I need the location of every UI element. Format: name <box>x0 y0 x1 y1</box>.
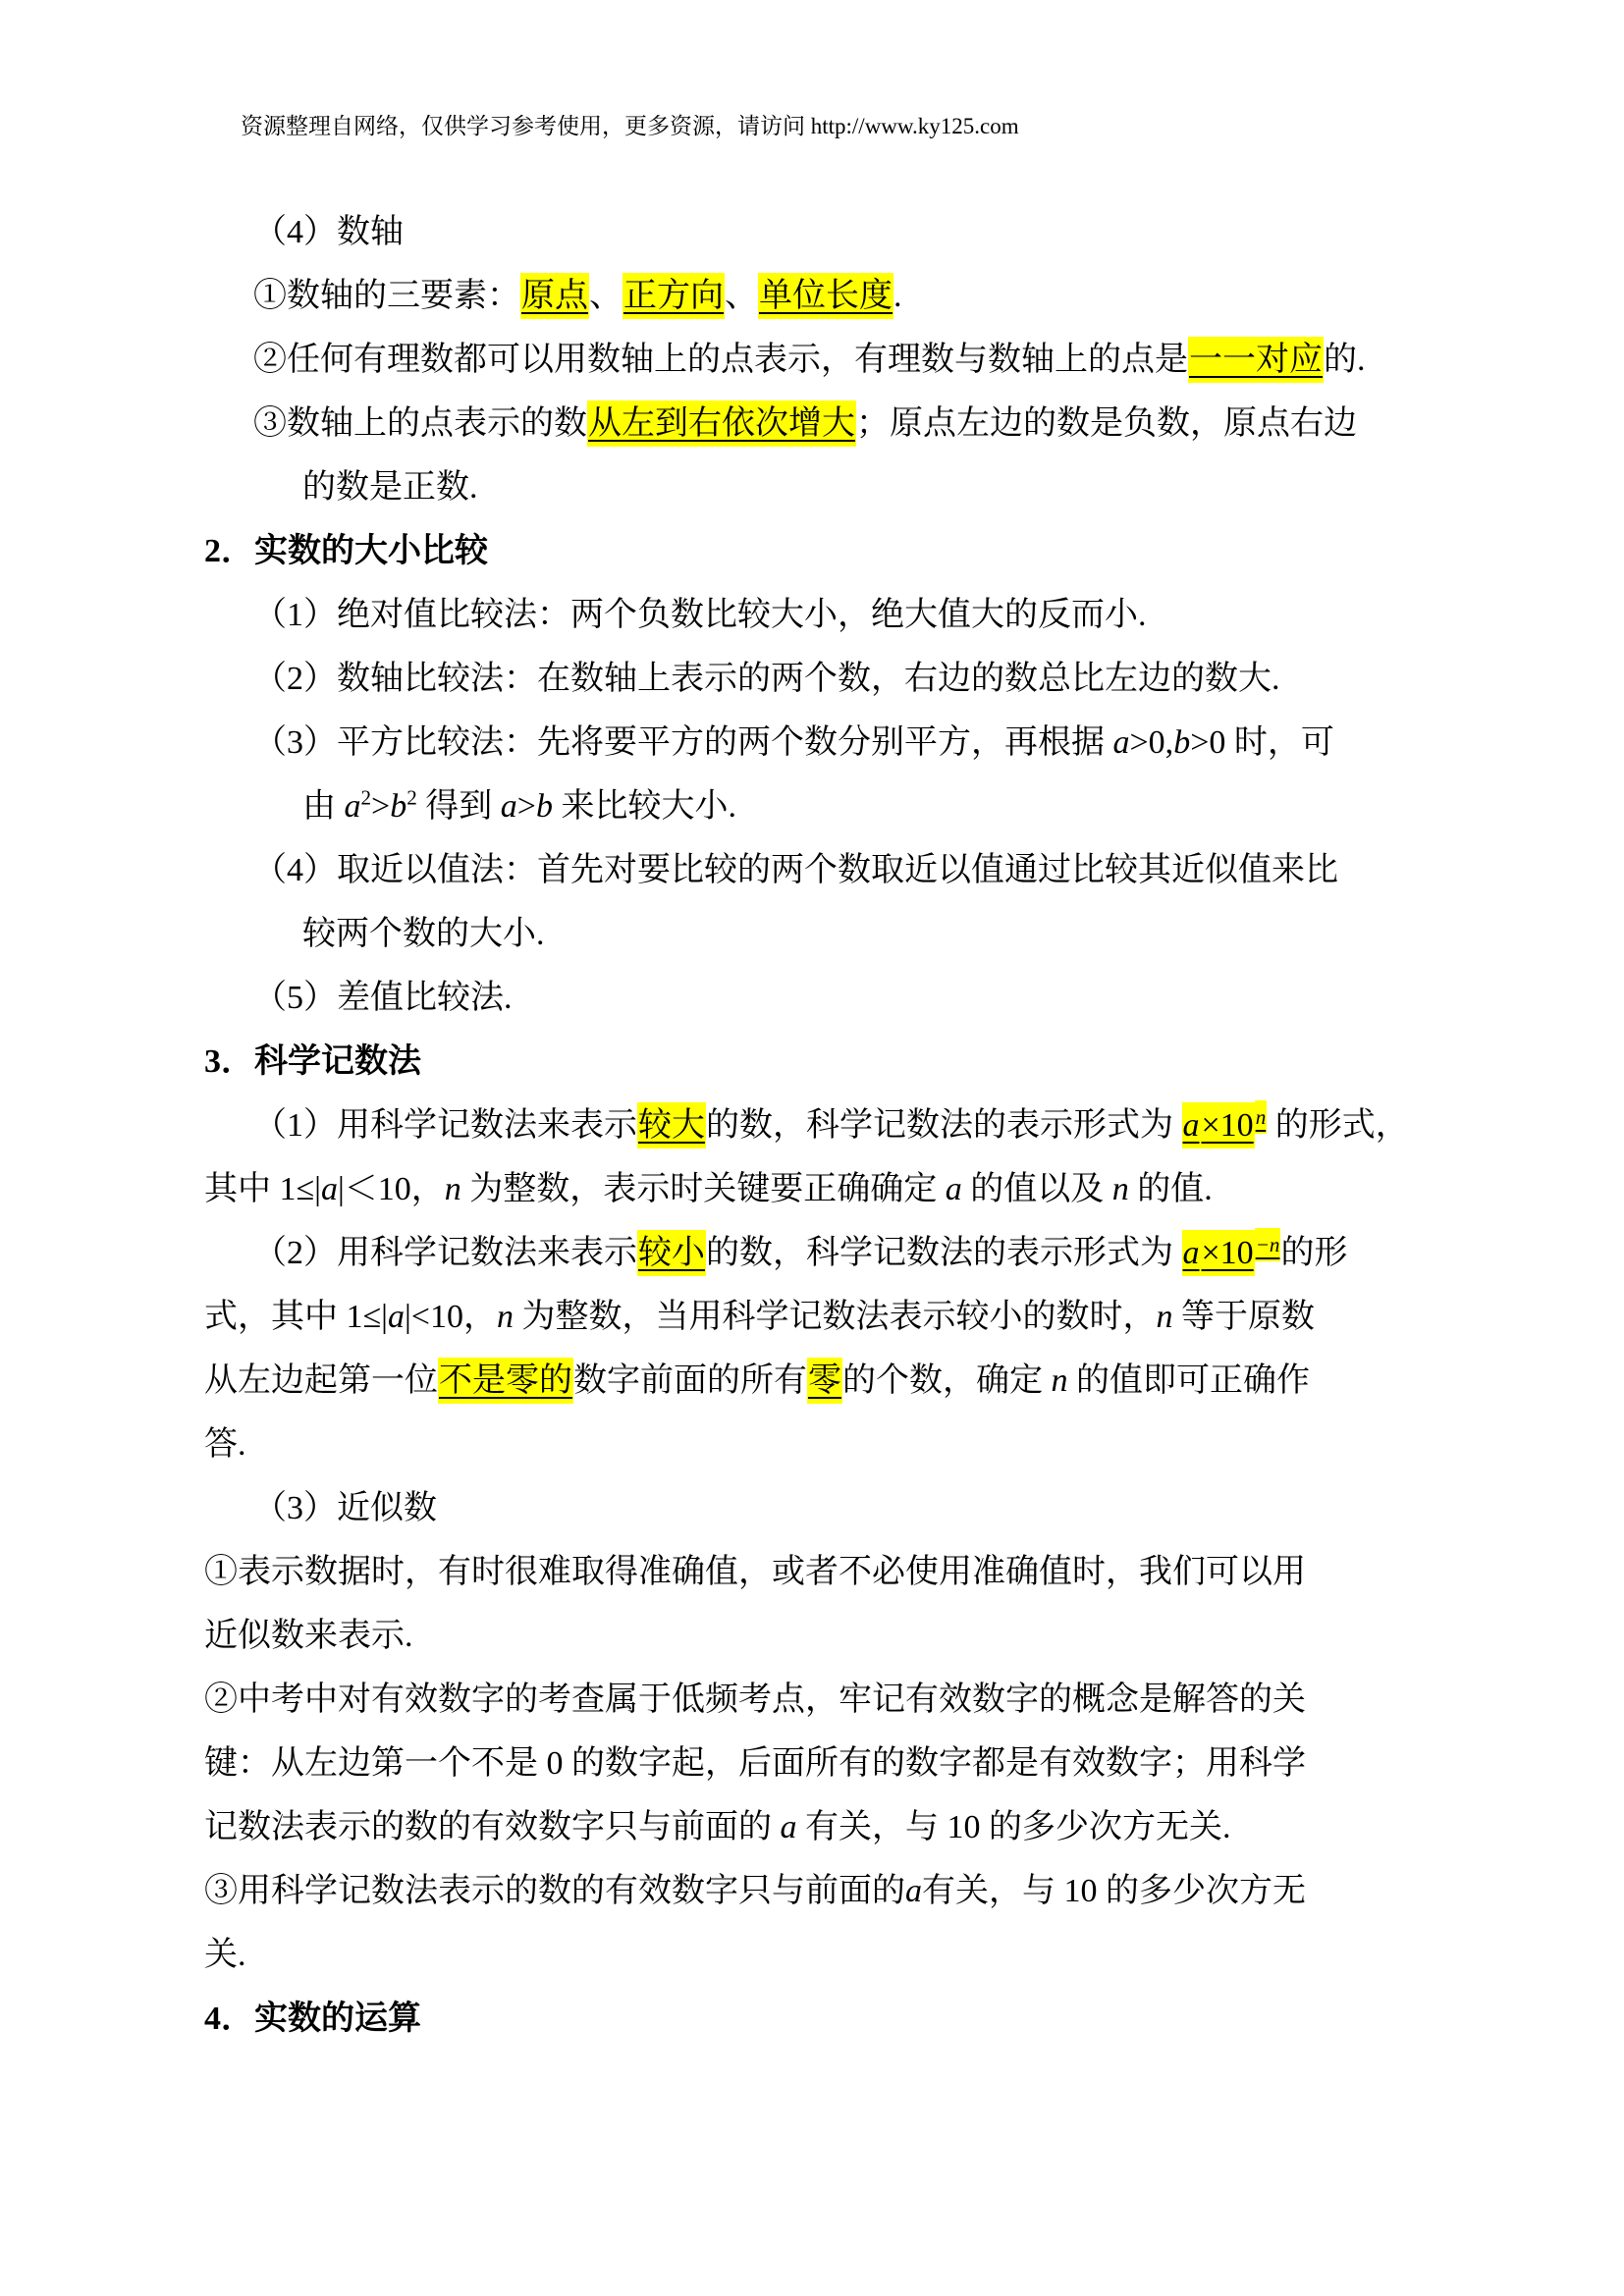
text-line: （5）差值比较法. <box>253 966 1481 1030</box>
text-run: >0, <box>1130 724 1174 761</box>
highlighted-text: a <box>1182 1230 1201 1276</box>
text-run: （1）绝对值比较法：两个负数比较大小，绝大值大的反而小. <box>253 597 1147 633</box>
text-run: 来比较大小. <box>553 788 736 825</box>
text-run: 由 <box>302 788 345 825</box>
page-header: 资源整理自网络，仅供学习参考使用，更多资源，请访问 http://www.ky1… <box>241 110 1019 143</box>
text-run: a <box>1113 724 1130 761</box>
text-line: 式，其中 1≤|a|<10，n 为整数，当用科学记数法表示较小的数时，n 等于原… <box>204 1285 1481 1349</box>
text-run: 关. <box>204 1937 246 1973</box>
text-run: 从左边起第一位 <box>204 1362 438 1399</box>
text-run: 的形式， <box>1267 1107 1409 1144</box>
text-line: （2）数轴比较法：在数轴上表示的两个数，右边的数总比左边的数大. <box>253 647 1481 711</box>
text-run: 其中 1≤| <box>204 1171 321 1207</box>
highlighted-text: a <box>1182 1102 1201 1148</box>
text-run: b <box>536 788 553 825</box>
text-line: ③数轴上的点表示的数从左到右依次增大；原点左边的数是负数，原点右边 <box>253 392 1481 455</box>
text-line: 答. <box>204 1413 1481 1476</box>
highlighted-text: 一一对应 <box>1188 337 1324 383</box>
text-run: （2）用科学记数法来表示 <box>253 1235 637 1271</box>
text-line: ②中考中对有效数字的考查属于低频考点，牢记有效数字的概念是解答的关 <box>204 1668 1481 1732</box>
text-run: b <box>390 788 406 825</box>
text-run: 有关，与 10 的多少次方无关. <box>797 1809 1231 1845</box>
text-run: 的. <box>1324 342 1366 378</box>
text-run: 、 <box>725 278 758 314</box>
text-run: 的个数，确定 <box>842 1362 1052 1399</box>
text-line: ①数轴的三要素：原点、正方向、单位长度. <box>253 264 1481 328</box>
text-run: a <box>946 1171 962 1207</box>
text-line: 从左边起第一位不是零的数字前面的所有零的个数，确定 n 的值即可正确作 <box>204 1349 1481 1413</box>
text-run: a <box>345 788 361 825</box>
text-run: a <box>905 1873 922 1909</box>
text-run: n <box>445 1171 461 1207</box>
text-run: |<10， <box>405 1299 497 1335</box>
text-run: 式，其中 1≤| <box>204 1299 388 1335</box>
text-run: 答. <box>204 1426 246 1463</box>
text-run: 得到 <box>417 788 501 825</box>
text-run: 的数，科学记数法的表示形式为 <box>706 1107 1182 1144</box>
text-line: 近似数来表示. <box>204 1604 1481 1668</box>
text-run: （5）差值比较法. <box>253 980 513 1016</box>
highlighted-text: 单位长度 <box>758 273 893 319</box>
text-run: >0 时，可 <box>1190 724 1334 761</box>
text-run: 的值以及 <box>962 1171 1112 1207</box>
text-line: 关. <box>204 1923 1481 1987</box>
text-run: n <box>1156 1299 1172 1335</box>
text-run: 键：从左边第一个不是 0 的数字起，后面所有的数字都是有效数字；用科学 <box>204 1745 1306 1782</box>
highlighted-text: 正方向 <box>623 273 725 319</box>
text-run: 3．科学记数法 <box>204 1043 421 1080</box>
text-run: （1）用科学记数法来表示 <box>253 1107 637 1144</box>
text-run: 的值即可正确作 <box>1068 1362 1311 1399</box>
text-run: ①数轴的三要素： <box>253 278 520 314</box>
text-run: 、 <box>589 278 623 314</box>
text-run: （4）数轴 <box>253 214 404 250</box>
text-run: 为整数，当用科学记数法表示较小的数时， <box>514 1299 1157 1335</box>
text-run: 为整数，表示时关键要正确确定 <box>461 1171 946 1207</box>
text-line: （4）取近以值法：首先对要比较的两个数取近以值通过比较其近似值来比 <box>253 838 1481 902</box>
text-run: ②中考中对有效数字的考查属于低频考点，牢记有效数字的概念是解答的关 <box>204 1682 1306 1718</box>
text-run: ③用科学记数法表示的数的有效数字只与前面的 <box>204 1873 905 1909</box>
document-page: 资源整理自网络，仅供学习参考使用，更多资源，请访问 http://www.ky1… <box>0 0 1624 2296</box>
text-run: （3）近似数 <box>253 1490 437 1526</box>
text-run: a <box>501 788 517 825</box>
text-run: 的数是正数. <box>302 469 478 506</box>
text-line: 由 a2>b2 得到 a>b 来比较大小. <box>302 774 1481 838</box>
text-run: > <box>517 788 536 825</box>
text-run: ；原点左边的数是负数，原点右边 <box>856 405 1357 442</box>
text-run: 2．实数的大小比较 <box>204 533 488 569</box>
text-run: 2 <box>361 786 372 810</box>
text-line: 记数法表示的数的有效数字只与前面的 a 有关，与 10 的多少次方无关. <box>204 1795 1481 1859</box>
section-heading: 2．实数的大小比较 <box>204 519 1481 583</box>
highlighted-text: 较小 <box>637 1230 706 1276</box>
highlighted-text: 较大 <box>637 1102 706 1148</box>
text-run: 较两个数的大小. <box>302 916 545 952</box>
text-run: 等于原数 <box>1172 1299 1315 1335</box>
text-run: （2）数轴比较法：在数轴上表示的两个数，右边的数总比左边的数大. <box>253 661 1280 697</box>
text-line: ③用科学记数法表示的数的有效数字只与前面的a有关，与 10 的多少次方无 <box>204 1859 1481 1923</box>
text-run: a <box>321 1171 338 1207</box>
text-run: 的值. <box>1129 1171 1213 1207</box>
text-run: n <box>1052 1362 1068 1399</box>
document-body: （4）数轴①数轴的三要素：原点、正方向、单位长度.②任何有理数都可以用数轴上的点… <box>204 200 1481 2051</box>
text-line: 较两个数的大小. <box>302 902 1481 966</box>
text-run: （4）取近以值法：首先对要比较的两个数取近以值通过比较其近似值来比 <box>253 852 1338 888</box>
text-run: （3）平方比较法：先将要平方的两个数分别平方，再根据 <box>253 724 1113 761</box>
text-run: 近似数来表示. <box>204 1618 413 1654</box>
text-run: 的数，科学记数法的表示形式为 <box>706 1235 1182 1271</box>
text-run: ③数轴上的点表示的数 <box>253 405 587 442</box>
text-line: （4）数轴 <box>253 200 1481 264</box>
text-line: 键：从左边第一个不是 0 的数字起，后面所有的数字都是有效数字；用科学 <box>204 1732 1481 1795</box>
highlighted-text: 零 <box>807 1358 842 1404</box>
text-line: （1）绝对值比较法：两个负数比较大小，绝大值大的反而小. <box>253 583 1481 647</box>
text-run: . <box>893 278 902 314</box>
text-run: n <box>1112 1171 1129 1207</box>
section-heading: 3．科学记数法 <box>204 1030 1481 1094</box>
text-line: 的数是正数. <box>302 455 1481 519</box>
text-run: a <box>781 1809 797 1845</box>
text-line: （3）平方比较法：先将要平方的两个数分别平方，再根据 a>0,b>0 时，可 <box>253 711 1481 774</box>
text-run: 2 <box>406 786 417 810</box>
text-run: > <box>371 788 390 825</box>
text-line: （1）用科学记数法来表示较大的数，科学记数法的表示形式为 a×10n 的形式， <box>253 1094 1481 1157</box>
text-run: 4．实数的运算 <box>204 2001 421 2037</box>
text-run: |＜10， <box>338 1171 445 1207</box>
text-line: 其中 1≤|a|＜10，n 为整数，表示时关键要正确确定 a 的值以及 n 的值… <box>204 1157 1481 1221</box>
header-url: http://www.ky125.com <box>811 114 1019 138</box>
text-run: b <box>1173 724 1190 761</box>
section-heading: 4．实数的运算 <box>204 1987 1481 2051</box>
highlighted-text: ×10 <box>1201 1102 1255 1148</box>
text-line: ②任何有理数都可以用数轴上的点表示，有理数与数轴上的点是一一对应的. <box>253 328 1481 392</box>
highlighted-text: 不是零的 <box>438 1358 573 1404</box>
highlighted-text: −n <box>1255 1228 1281 1261</box>
text-run: 有关，与 10 的多少次方无 <box>922 1873 1306 1909</box>
text-run: 数字前面的所有 <box>573 1362 807 1399</box>
text-line: （2）用科学记数法来表示较小的数，科学记数法的表示形式为 a×10−n的形 <box>253 1221 1481 1285</box>
highlighted-text: 原点 <box>520 273 589 319</box>
text-line: ①表示数据时，有时很难取得准确值，或者不必使用准确值时，我们可以用 <box>204 1540 1481 1604</box>
header-note: 资源整理自网络，仅供学习参考使用，更多资源，请访问 <box>241 114 811 138</box>
text-run: a <box>388 1299 405 1335</box>
text-run: ①表示数据时，有时很难取得准确值，或者不必使用准确值时，我们可以用 <box>204 1554 1306 1590</box>
highlighted-text: ×10 <box>1201 1230 1255 1276</box>
highlighted-text: n <box>1255 1100 1268 1134</box>
text-run: n <box>497 1299 514 1335</box>
text-run: ②任何有理数都可以用数轴上的点表示，有理数与数轴上的点是 <box>253 342 1188 378</box>
highlighted-text: 从左到右依次增大 <box>587 400 856 447</box>
text-run: 记数法表示的数的有效数字只与前面的 <box>204 1809 781 1845</box>
text-line: （3）近似数 <box>253 1476 1481 1540</box>
text-run: 的形 <box>1280 1235 1347 1271</box>
